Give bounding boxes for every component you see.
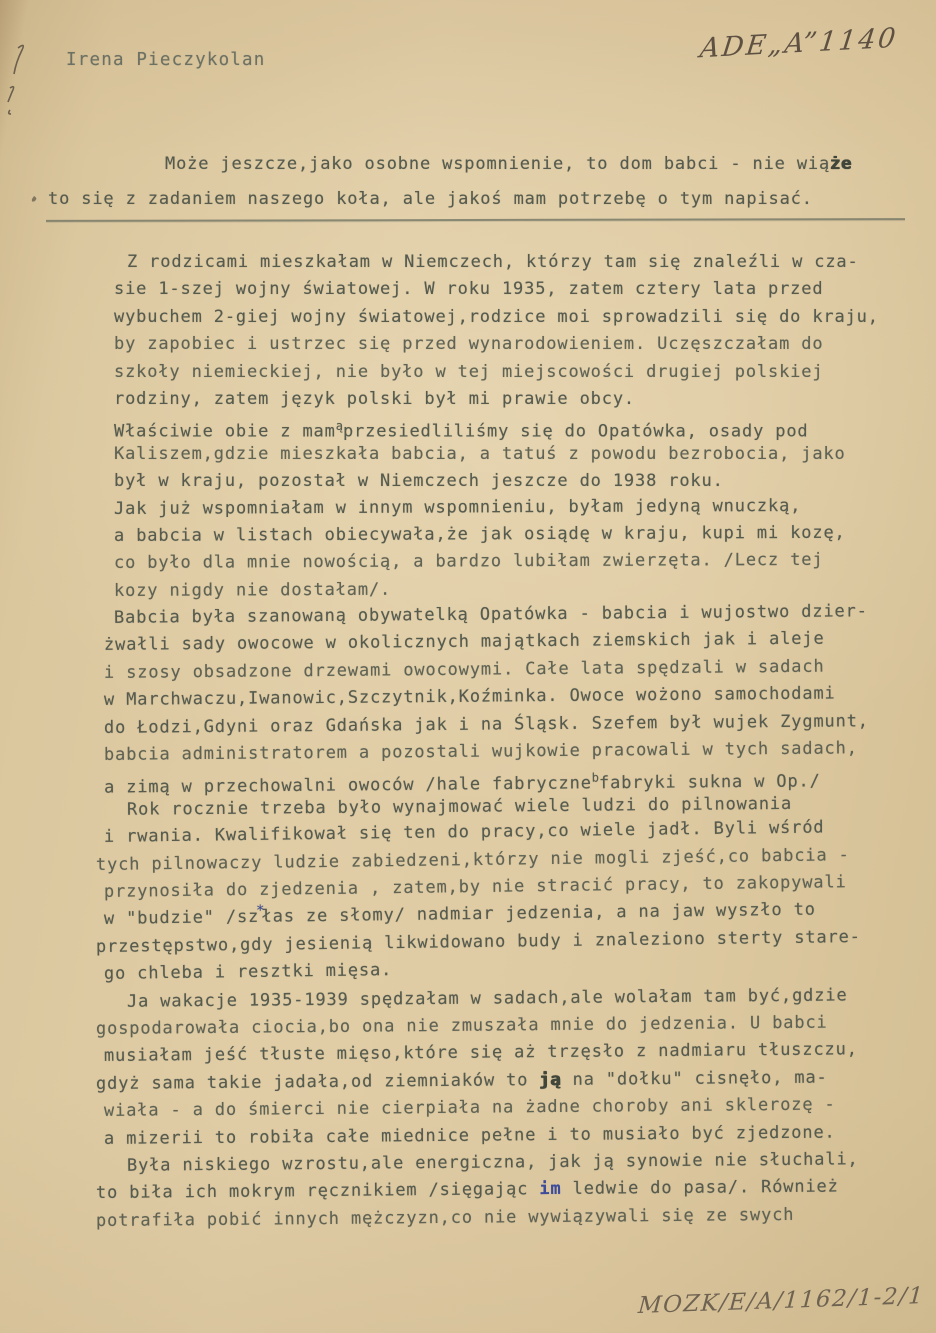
- typed-line: Jak już wspomniałam w innym wspomnieniu,…: [96, 492, 916, 523]
- typed-line: rodziny, zatem język polski był mi prawi…: [96, 386, 916, 413]
- margin-scribble-icon: [4, 38, 46, 242]
- typed-correction: b: [592, 771, 599, 785]
- typed-line: Z rodzicami mieszkałam w Niemczech, któr…: [96, 249, 916, 276]
- typed-line: Właściwie obie z mamąprzesiedliliśmy się…: [96, 413, 916, 440]
- memoir-body: Z rodzicami mieszkałam w Niemczech, któr…: [96, 249, 916, 1235]
- typed-line: to się z zadaniem naszego koła, ale jako…: [48, 182, 928, 217]
- intro-paragraph: Może jeszcze,jako osobne wspomnienie, to…: [48, 147, 928, 217]
- typed-line: szkoły niemieckiej, nie było w tej miejs…: [96, 359, 916, 386]
- overstruck-text: że: [830, 154, 852, 174]
- typed-line: był w kraju, pozostał w Niemczech jeszcz…: [96, 468, 916, 495]
- archival-code-top: ADE„A”1140: [698, 23, 899, 65]
- typed-line: Może jeszcze,jako osobne wspomnienie, to…: [48, 147, 928, 182]
- typed-underline-rule: [46, 218, 905, 222]
- scanned-page: Irena Pieczykolan ADE„A”1140 Może jeszcz…: [0, 0, 936, 1333]
- blue-ink-overwrite: im: [539, 1179, 561, 1199]
- typed-line: by zapobiec i ustrzec się przed wynarodo…: [96, 331, 916, 358]
- typed-line: co było dla mnie nowością, a bardzo lubi…: [96, 547, 916, 578]
- typed-line: Kaliszem,gdzie mieszkała babcia, a tatuś…: [96, 441, 916, 468]
- blue-ink-mark: *: [256, 903, 265, 919]
- typed-line: sie 1-szej wojny światowej. W roku 1935,…: [96, 276, 916, 303]
- typed-line: a babcia w listach obiecywała,że jak osi…: [96, 519, 916, 550]
- typed-line: wybuchem 2-giej wojny światowej,rodzice …: [96, 304, 916, 331]
- typed-correction: ą: [336, 419, 343, 433]
- author-name: Irena Pieczykolan: [66, 50, 266, 70]
- archival-code-bottom: MOZK/E/A/1162/1-2/1: [637, 1283, 925, 1319]
- overstruck-text: ją: [539, 1070, 561, 1090]
